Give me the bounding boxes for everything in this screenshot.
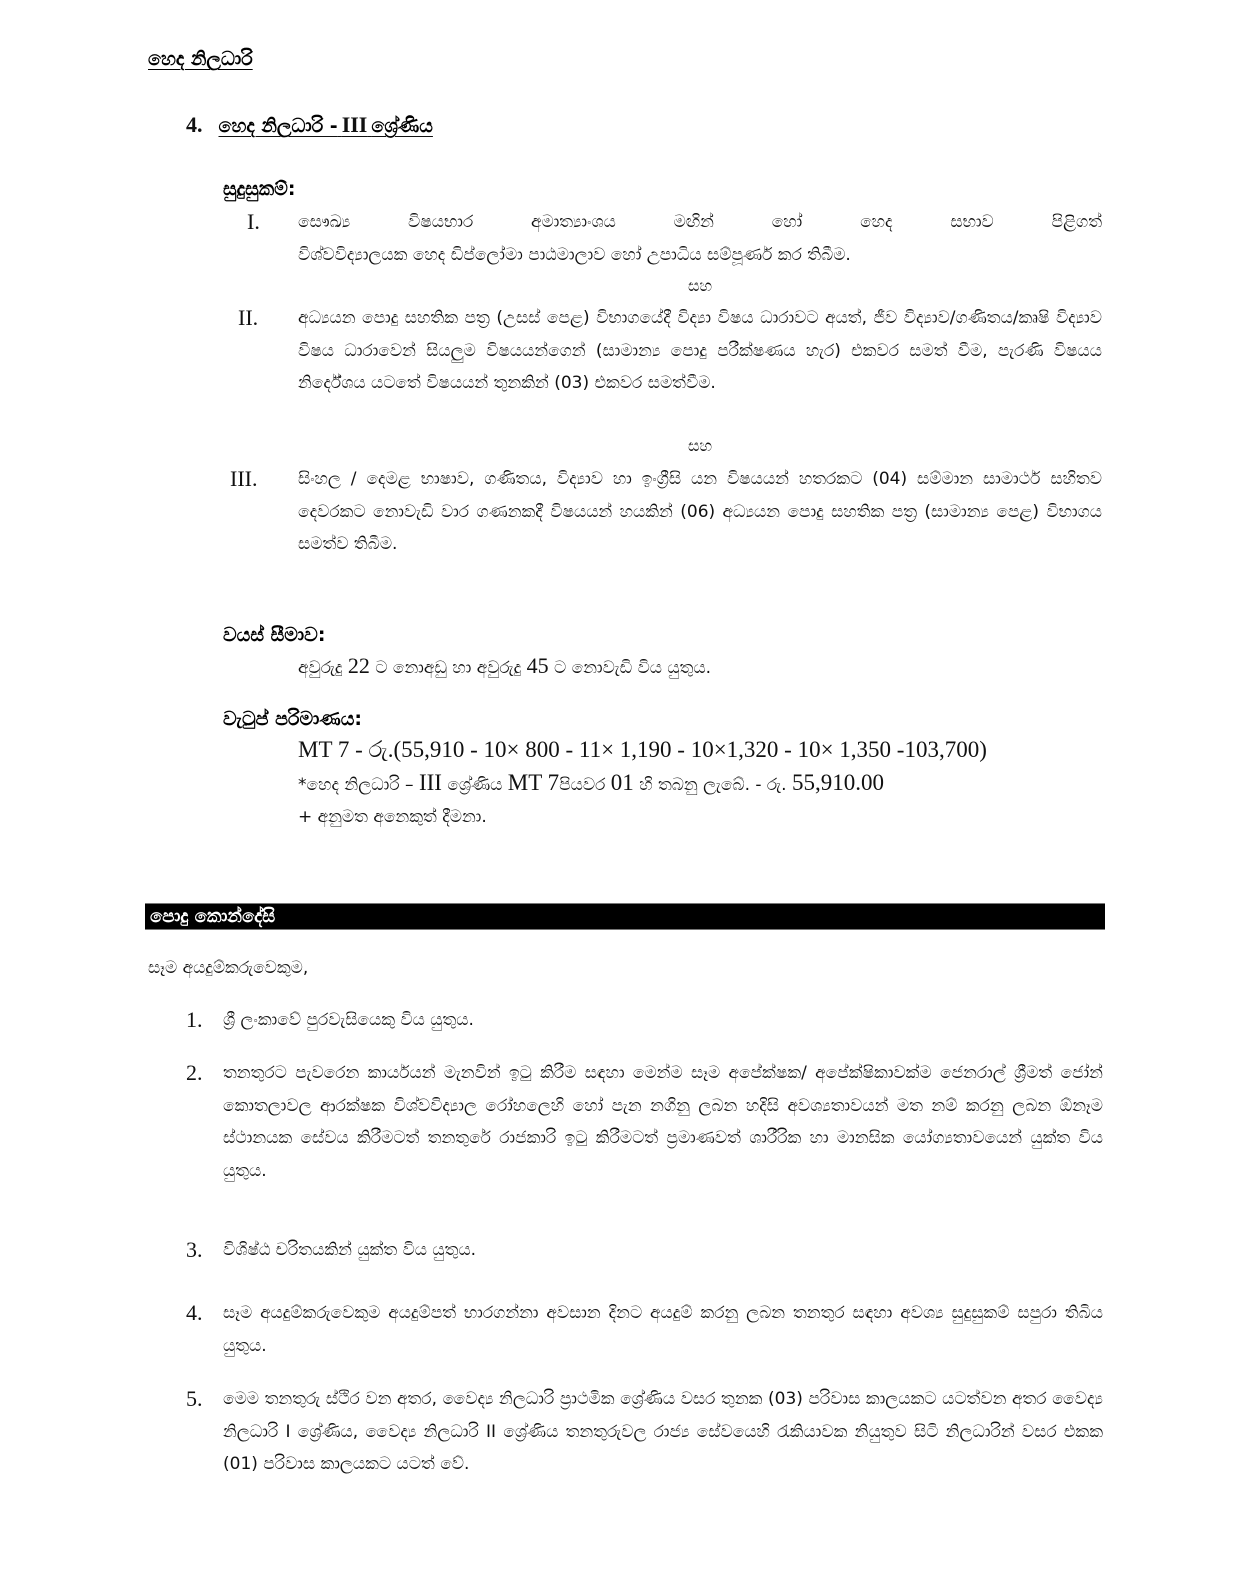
condition-item-2: තනතුරට පැවරෙන කාර්යයන් මැනවින් ඉටු කිරීම… <box>223 1057 1103 1187</box>
qualification-item-2: අධ්‍යයන පොදු සහතික පත්‍ර (උසස් පෙළ) විභා… <box>298 302 1102 400</box>
qualification-item-1: සෞඛ්‍ය විෂයභාර අමාත්‍යාංශය මඟින් හෝ හෙද … <box>298 206 1102 271</box>
general-conditions-title: පොදු කොන්දේසි <box>150 905 275 929</box>
condition-item-5: මෙම තනතුරු ස්ථිර වන අතර, වෛද්‍ය නිලධාරි … <box>223 1383 1103 1481</box>
condition-number-4: 4. <box>186 1297 203 1330</box>
note-allowances: + අනුමත අනෙකුත් දීමනා. <box>298 807 487 827</box>
age-limit-text: අවුරුදු 22 ට නොඅඩු හා අවුරුදු 45 ට නොවැඩ… <box>298 650 711 684</box>
post-title: හෙද නිලධාරි - III ශ්‍රේණිය <box>219 112 433 138</box>
qualification-marker-3: III. <box>230 463 257 496</box>
max-age: 45 <box>527 653 549 678</box>
note-code: MT 7 <box>508 770 559 795</box>
qualification-marker-2: II. <box>238 302 258 335</box>
condition-number-2: 2. <box>186 1057 203 1090</box>
condition-number-3: 3. <box>186 1234 203 1267</box>
post-heading: 4. හෙද නිලධාරි - III ශ්‍රේණිය <box>186 112 433 138</box>
salary-scale-line: MT 7 - රු.(55,910 - 10× 800 - 11× 1,190 … <box>298 734 1104 767</box>
note-grade: III <box>419 770 442 795</box>
condition-item-4: සෑම අයදුම්කරුවෙකුම අයදුම්පත් භාරගන්නා අව… <box>223 1297 1103 1362</box>
min-age: 22 <box>348 653 370 678</box>
note-star: *හෙද නිලධාරි – <box>298 775 414 795</box>
note-tail: හි තබනු ලැබේ. - රු. <box>639 775 786 795</box>
post-title-prefix: හෙද නිලධාරි - <box>219 115 338 137</box>
general-conditions-banner: පොදු කොන්දේසි <box>145 903 1105 930</box>
qualification-1-rest: විශ්වවිද්‍යාලයක හෙද ඩිප්ලෝමා පාඨමාලාව හෝ… <box>298 239 1102 272</box>
note-mid: ශ්‍රේණිය <box>447 775 502 795</box>
salary-scale-block: MT 7 - රු.(55,910 - 10× 800 - 11× 1,190 … <box>298 734 1104 834</box>
connector-and-1: සහ <box>298 274 1102 298</box>
salary-note: *හෙද නිලධාරි – III ශ්‍රේණිය MT 7පියවර 01… <box>298 767 1104 834</box>
salary-scale-label: වැටුප් පරිමාණය: <box>223 708 362 730</box>
age-middle: ට නොඅඩු හා අවුරුදු <box>375 658 521 678</box>
qualifications-label: සුදුසුකම්: <box>223 178 295 200</box>
connector-and-2: සහ <box>298 434 1102 458</box>
age-suffix: ට නොවැඩි විය යුතුය. <box>554 658 711 678</box>
post-title-suffix: ශ්‍රේණිය <box>371 115 433 137</box>
note-step-no: 01 <box>611 770 634 795</box>
condition-number-5: 5. <box>186 1383 203 1416</box>
qualification-marker-1: I. <box>247 206 260 239</box>
condition-item-3: විශිෂ්ඨ චරිතයකින් යුක්ත විය යුතුය. <box>223 1234 1103 1267</box>
post-number: 4. <box>186 112 203 138</box>
condition-item-1: ශ්‍රී ලංකාවේ පුරවැසියෙකු විය යුතුය. <box>223 1004 1103 1037</box>
section-heading: හෙද නිලධාරි <box>148 48 253 70</box>
post-grade: III <box>342 112 368 137</box>
age-limit-label: වයස් සීමාව: <box>223 624 325 646</box>
note-step: පියවර <box>559 775 605 795</box>
condition-number-1: 1. <box>186 1004 203 1037</box>
age-prefix: අවුරුදු <box>298 658 342 678</box>
note-amount: 55,910.00 <box>792 770 884 795</box>
document-page: හෙද නිලධාරි 4. හෙද නිලධාරි - III ශ්‍රේණි… <box>0 0 1241 1577</box>
qualification-item-3: සිංහල / දෙමළ භාෂාව, ගණිතය, විද්‍යාව හා ඉ… <box>298 463 1102 561</box>
general-conditions-intro: සෑම අයදුම්කරුවෙකුම, <box>148 953 308 983</box>
qualification-1-line-1: සෞඛ්‍ය විෂයභාර අමාත්‍යාංශය මඟින් හෝ හෙද … <box>298 206 1102 239</box>
